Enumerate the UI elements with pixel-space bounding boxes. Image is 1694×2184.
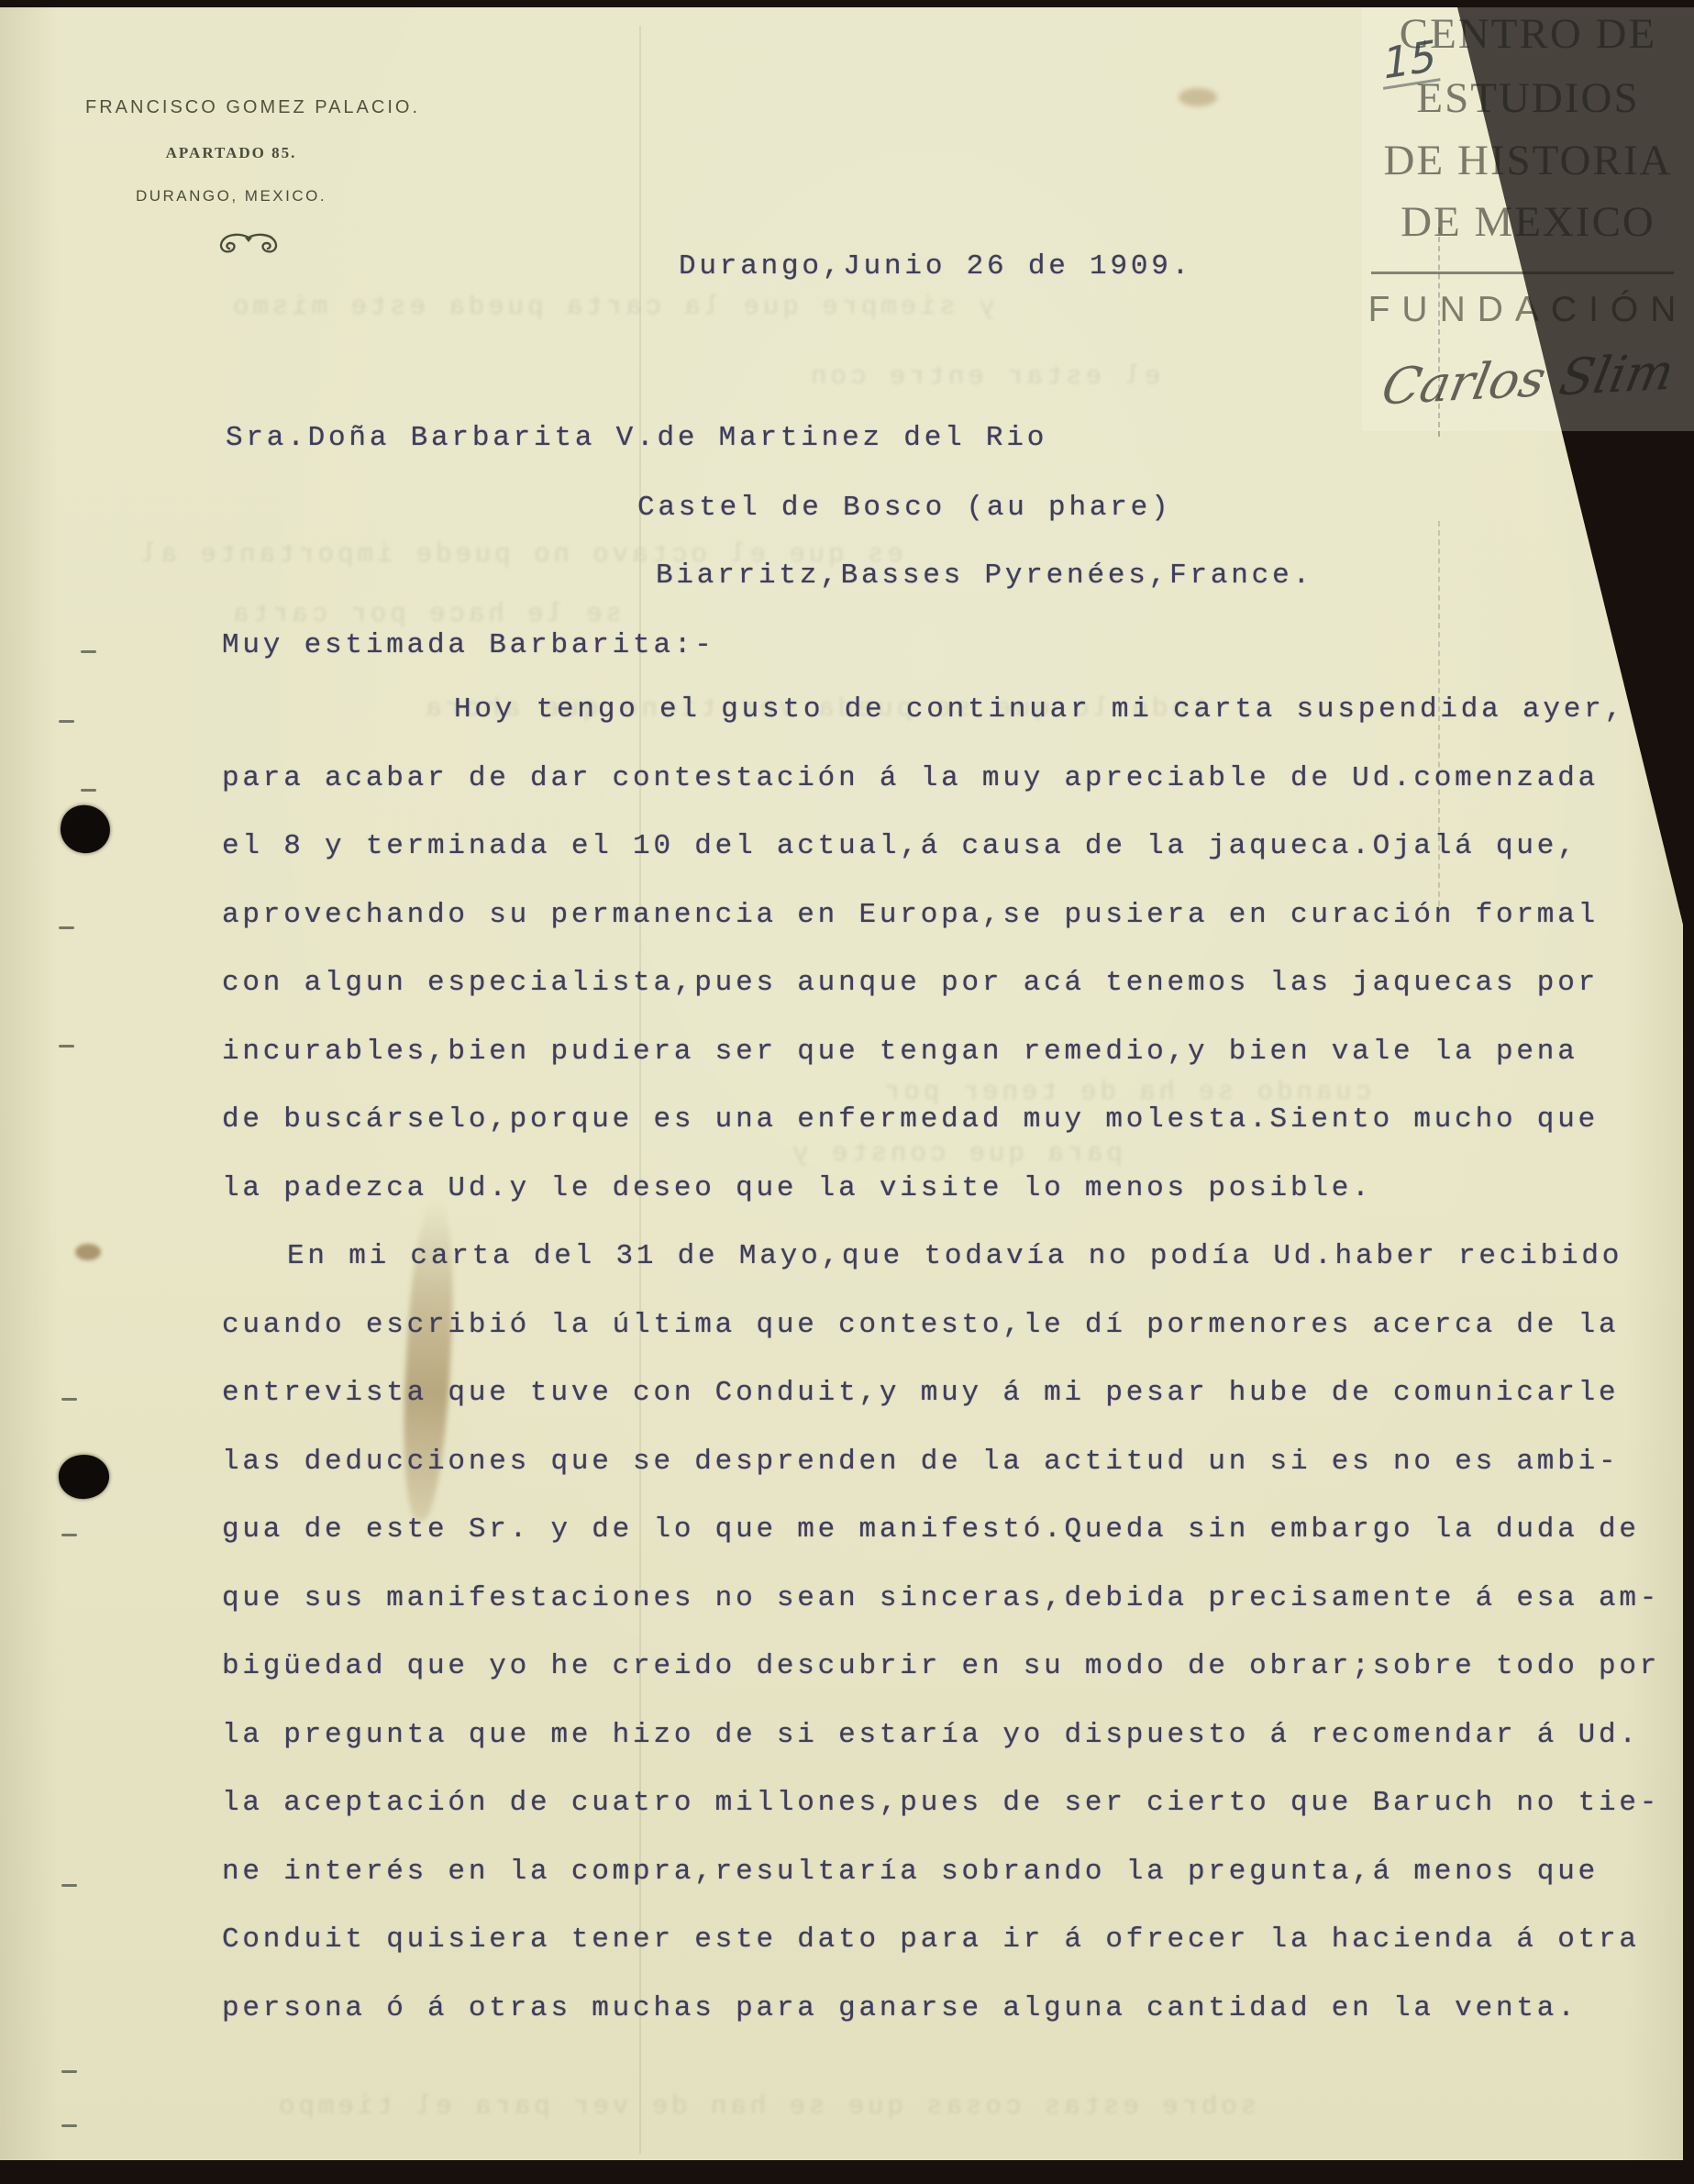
margin-tick [61, 1534, 77, 1536]
margin-tick [59, 926, 74, 929]
recipient-address: Castel de Bosco (au phare) [637, 492, 1171, 525]
watermark-line: DE HISTORIA [1362, 136, 1694, 185]
letterhead-name: FRANCISCO GOMEZ PALACIO. [85, 97, 420, 118]
bleedthrough-line: y siempre que la carta pueda este mismo [229, 292, 995, 322]
letterhead-city: DURANGO, MEXICO. [128, 187, 334, 205]
typed-line: las deducciones que se desprenden de la … [222, 1446, 1619, 1479]
typed-line: la pregunta que me hizo de si estaría yo… [222, 1719, 1640, 1752]
typed-line: la padezca Ud.y le deseo que la visite l… [222, 1172, 1373, 1205]
typed-line: con algun especialista,pues aunque por a… [222, 967, 1599, 1000]
recipient-name: Sra.Doña Barbarita V.de Martinez del Rio [226, 422, 1047, 455]
margin-tick [61, 1398, 77, 1401]
punch-hole [57, 1453, 111, 1502]
typed-line: bigüedad que yo he creido descubrir en s… [222, 1650, 1660, 1683]
watermark-foundation: FUNDACIÓN [1355, 290, 1694, 330]
typed-line: En mi carta del 31 de Mayo,que todavía n… [287, 1240, 1622, 1273]
margin-tick [59, 720, 74, 723]
bleedthrough-line: sobre estas cosas que se han de ver para… [275, 2091, 1257, 2122]
paper-crease [639, 26, 641, 2154]
typed-line: para acabar de dar contestación á la muy… [222, 762, 1599, 795]
typed-line: la aceptación de cuatro millones,pues de… [222, 1787, 1660, 1820]
margin-tick [59, 1045, 74, 1048]
margin-tick [81, 789, 96, 792]
recipient-city: Biarritz,Basses Pyrenées,France. [656, 560, 1313, 593]
typed-line: entrevista que tuve con Conduit,y muy á … [222, 1377, 1619, 1410]
letterhead-po-box: APARTADO 85. [128, 144, 334, 162]
stain [1179, 88, 1217, 106]
stain [75, 1244, 101, 1260]
scanned-letter-page: FRANCISCO GOMEZ PALACIO. APARTADO 85. DU… [0, 0, 1694, 2184]
typed-line: aprovechando su permanencia en Europa,se… [222, 899, 1599, 932]
typed-line: Hoy tengo el gusto de continuar mi carta… [454, 693, 1625, 726]
typed-line: que sus manifestaciones no sean sinceras… [222, 1582, 1660, 1615]
watermark-line: DE MEXICO [1362, 197, 1694, 247]
margin-tick [61, 2070, 77, 2073]
margin-tick [61, 1884, 77, 1887]
typed-line: cuando escribió la última que contesto,l… [222, 1309, 1619, 1342]
typed-line: de buscárselo,porque es una enfermedad m… [222, 1103, 1599, 1136]
bleedthrough-line: se le hace por carta [229, 599, 622, 629]
margin-tick [81, 650, 96, 653]
margin-tick [61, 2124, 77, 2127]
typed-line: persona ó á otras muchas para ganarse al… [222, 1992, 1578, 2025]
typed-line: el 8 y terminada el 10 del actual,á caus… [222, 830, 1578, 863]
punch-hole [58, 802, 114, 856]
bleedthrough-line: para que conste y [789, 1138, 1123, 1169]
salutation: Muy estimada Barbarita:- [222, 629, 715, 662]
bleedthrough-line: el estar entre con [807, 361, 1160, 392]
typed-line: Conduit quisiera tener este dato para ir… [222, 1923, 1640, 1957]
handwritten-page-number: 15 [1380, 32, 1440, 90]
watermark-divider [1371, 272, 1674, 274]
carlos-slim-signature: Carlos Slim [1362, 341, 1694, 416]
letterhead-scroll-ornament-icon [215, 232, 282, 262]
dateline: Durango,Junio 26 de 1909. [679, 250, 1192, 283]
typed-line: gua de este Sr. y de lo que me manifestó… [222, 1513, 1640, 1547]
typed-line: incurables,bien pudiera ser que tengan r… [222, 1036, 1578, 1069]
typed-line: ne interés en la compra,resultaría sobra… [222, 1856, 1599, 1889]
